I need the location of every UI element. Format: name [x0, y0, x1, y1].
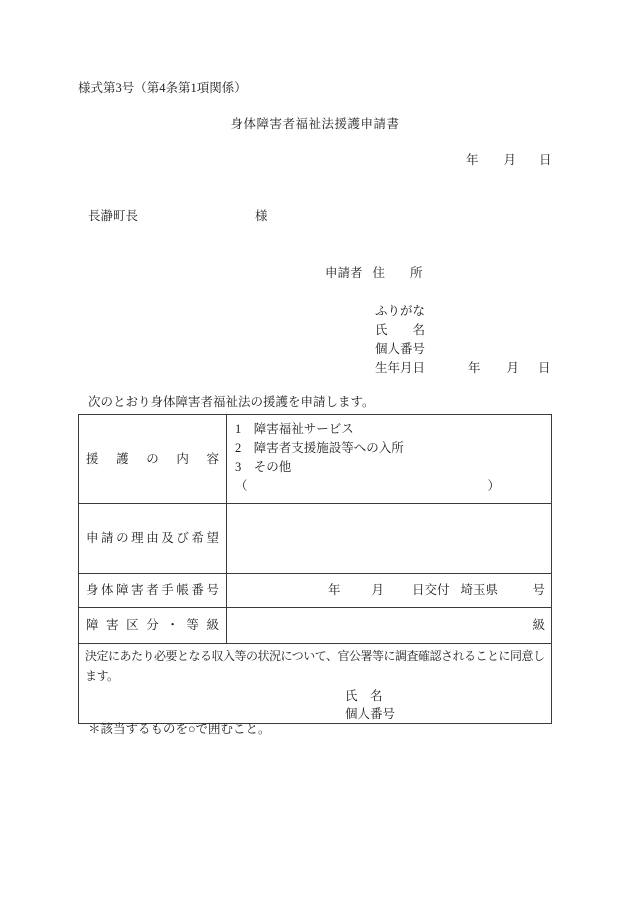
handbook-month-label: 月 [372, 582, 385, 599]
applicant-furigana-label: ふりがな [375, 303, 425, 320]
consent-name-label: 氏 名 [345, 687, 545, 705]
intro-statement: 次のとおり身体障害者福祉法の援護を申請します。 [88, 394, 375, 411]
handbook-number-suffix: 号 [532, 582, 545, 599]
paren-open: （ [235, 479, 248, 493]
date-year-label: 年 [466, 152, 479, 169]
applicant-personal-number-label: 個人番号 [375, 341, 425, 358]
aid-content-label: 援護の内容 [79, 415, 227, 504]
table-row-reason: 申請の理由及び希望 [79, 504, 552, 574]
grade-suffix: 級 [227, 608, 552, 644]
table-row-handbook-number: 身体障害者手帳番号 年 月 日交付 埼玉県 号 [79, 574, 552, 608]
application-date-line: 年 月 日 [466, 152, 552, 169]
handbook-number-content: 年 月 日交付 埼玉県 号 [227, 574, 552, 608]
addressee-name: 長瀞町長 [88, 208, 138, 225]
applicant-birthdate-line: 生年月日 年 月 日 [375, 360, 551, 377]
handbook-year-label: 年 [328, 582, 341, 599]
birthdate-year-label: 年 [468, 360, 481, 377]
applicant-address-label: 住 所 [373, 265, 423, 282]
date-day-label: 日 [539, 152, 552, 169]
application-form-page: 様式第3号（第4条第1項関係） 身体障害者福祉法援護申請書 年 月 日 長瀞町長… [0, 0, 630, 903]
form-number: 様式第3号（第4条第1項関係） [78, 80, 247, 97]
reason-label: 申請の理由及び希望 [79, 504, 227, 574]
aid-option-3: 3 その他 [235, 458, 547, 477]
reason-fill-in-area [227, 504, 552, 574]
footnote: ＊該当するものを○で囲むこと。 [88, 721, 271, 738]
date-month-label: 月 [504, 152, 517, 169]
consent-statement: 決定にあたり必要となる収入等の状況について、官公署等に調査確認されることに同意し… [85, 647, 545, 686]
table-row-aid-content: 援護の内容 1 障害福祉サービス 2 障害者支援施設等への入所 3 その他 （） [79, 415, 552, 504]
consent-personal-number-label: 個人番号 [345, 705, 545, 723]
addressee-honorific: 様 [255, 208, 268, 225]
birthdate-label: 生年月日 [375, 360, 425, 377]
aid-option-1: 1 障害福祉サービス [235, 420, 547, 439]
applicant-label: 申請者 [325, 265, 363, 282]
paren-close: ） [488, 479, 501, 493]
aid-option-2: 2 障害者支援施設等への入所 [235, 439, 547, 458]
birthdate-day-label: 日 [538, 360, 551, 377]
aid-other-fill-in: （） [235, 477, 547, 496]
handbook-issued-label: 日交付 [412, 582, 450, 599]
applicant-address-line: 申請者 住 所 [325, 265, 423, 282]
table-row-consent: 決定にあたり必要となる収入等の状況について、官公署等に調査確認されることに同意し… [79, 644, 552, 724]
table-row-grade: 障害区分・等級 級 [79, 608, 552, 644]
grade-label: 障害区分・等級 [79, 608, 227, 644]
handbook-prefecture-label: 埼玉県 [461, 582, 499, 599]
page-title: 身体障害者福祉法援護申請書 [0, 116, 630, 133]
applicant-name-label: 氏 名 [375, 322, 425, 339]
application-table: 援護の内容 1 障害福祉サービス 2 障害者支援施設等への入所 3 その他 （）… [78, 414, 552, 724]
birthdate-month-label: 月 [507, 360, 520, 377]
consent-cell: 決定にあたり必要となる収入等の状況について、官公署等に調査確認されることに同意し… [79, 644, 552, 724]
aid-content-options: 1 障害福祉サービス 2 障害者支援施設等への入所 3 その他 （） [227, 415, 552, 504]
handbook-number-label: 身体障害者手帳番号 [79, 574, 227, 608]
